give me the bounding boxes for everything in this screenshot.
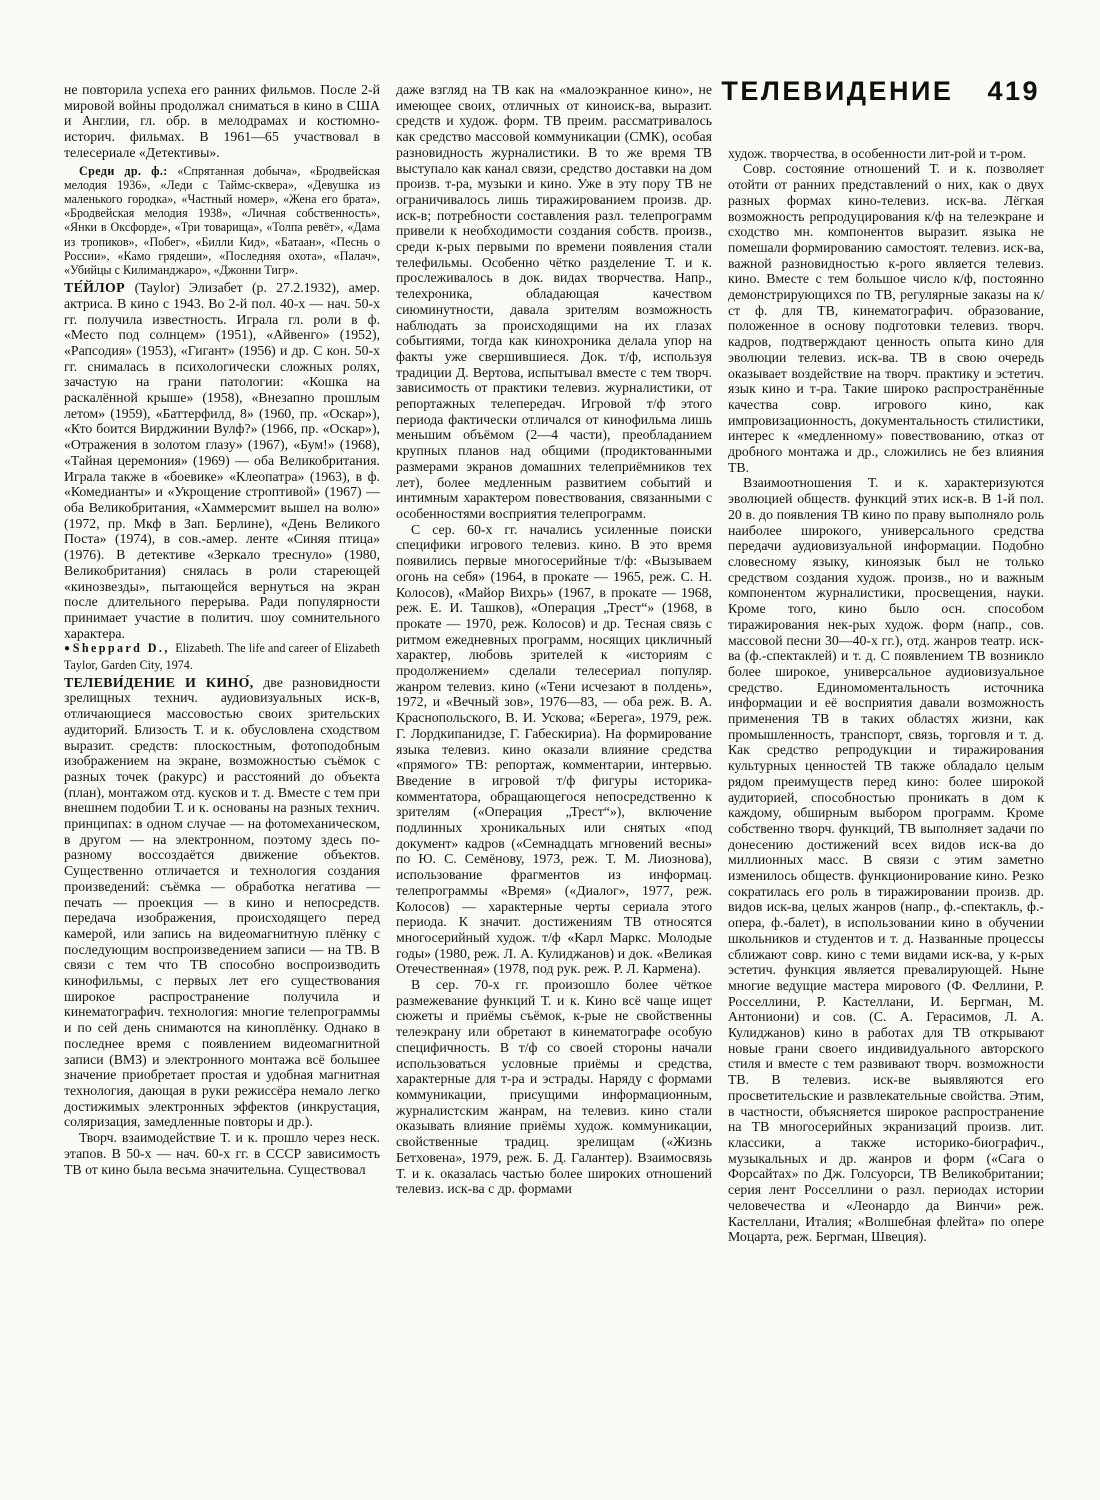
article-taylor: ТЕ́ЙЛОР (Taylor) Элизабет (р. 27.2.1932)… [64,280,380,641]
running-head: ТЕЛЕВИДЕНИЕ 419 [728,84,1040,100]
headword: ТЕ́ЙЛОР [64,280,135,295]
paragraph: В сер. 70-х гг. произошло более чёткое р… [396,977,712,1197]
article-continuation: не повторила успеха его ранних фильмов. … [64,82,380,161]
article-television-and-cinema: ТЕЛЕВИ́ДЕНИЕ И КИНО́, две разновидности … [64,675,380,1130]
column-1: не повторила успеха его ранних фильмов. … [64,82,380,1245]
paragraph: Совр. состояние отношений Т. и к. позвол… [728,161,1044,475]
paragraph: С сер. 60-х гг. начались усиленные поиск… [396,522,712,977]
page-number: 419 [987,84,1040,100]
paragraph: Творч. взаимодействие Т. и к. прошло чер… [64,1130,380,1177]
paragraph-continuation: худож. творчества, в особенности лит-рой… [728,146,1044,162]
bibliography: ● Sheppard D., Elizabeth. The life and c… [64,641,380,671]
headword: Sheppard D., [73,641,176,655]
bibliography-bullet-icon: ● [64,643,73,654]
filmography: Среди др. ф.: «Спрятанная добыча», «Брод… [64,164,380,278]
column-3: ТЕЛЕВИДЕНИЕ 419 худож. творчества, в осо… [728,82,1044,1245]
paragraph: Взаимоотношения Т. и к. характеризуются … [728,475,1044,1244]
encyclopedia-page: не повторила успеха его ранних фильмов. … [0,0,1100,1500]
column-2: даже взгляд на ТВ как на «малоэкранное к… [396,82,712,1245]
running-head-title: ТЕЛЕВИДЕНИЕ [721,84,953,100]
paragraph-continuation: даже взгляд на ТВ как на «малоэкранное к… [396,82,712,522]
headword: ТЕЛЕВИ́ДЕНИЕ И КИНО́, [64,675,263,690]
headword: Среди др. ф.: [79,164,177,178]
text-columns: не повторила успеха его ранних фильмов. … [64,82,1044,1245]
